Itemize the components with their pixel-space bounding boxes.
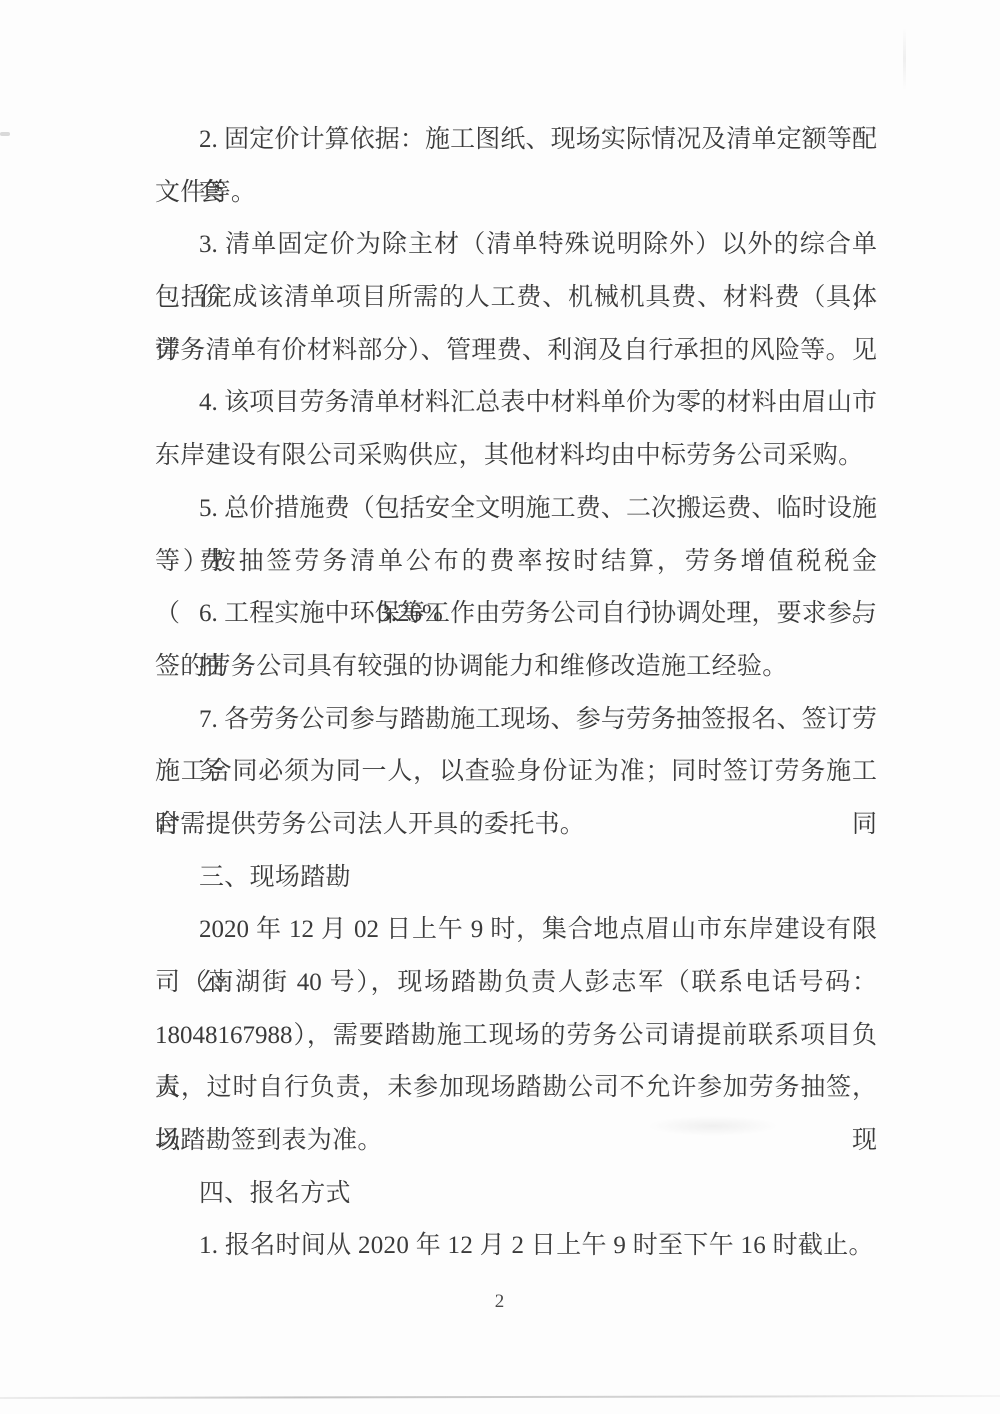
text-line: 4. 该项目劳务清单材料汇总表中材料单价为零的材料由眉山市 — [155, 377, 877, 430]
scan-edge-line — [0, 1395, 1000, 1399]
text-line: 7. 各劳务公司参与踏勘施工现场、参与劳务抽签报名、签订劳务 — [155, 694, 877, 747]
scan-smudge — [0, 132, 10, 136]
text-line: 施工合同必须为同一人，以查验身份证为准；同时签订劳务施工合同 — [155, 746, 877, 799]
text-line: 18048167988），需要踏勘施工现场的劳务公司请提前联系项目负责 — [155, 1010, 877, 1063]
text-line: 2. 固定价计算依据：施工图纸、现场实际情况及清单定额等配套 — [155, 114, 877, 167]
scan-smudge — [903, 28, 906, 90]
text-line: 1. 报名时间从 2020 年 12 月 2 日上午 9 时至下午 16 时截止… — [155, 1220, 877, 1273]
text-line: 东岸建设有限公司采购供应，其他材料均由中标劳务公司采购。 — [155, 430, 877, 483]
page-number: 2 — [0, 1291, 1000, 1313]
text-line: 三、现场踏勘 — [155, 852, 877, 905]
text-line: 等）按抽签劳务清单公布的费率按时结算，劳务增值税税金（3.26%）。 — [155, 536, 877, 589]
text-line: 2020 年 12 月 02 日上午 9 时，集合地点眉山市东岸建设有限公 — [155, 904, 877, 957]
scan-smudge — [648, 1116, 778, 1136]
text-line: 5. 总价措施费（包括安全文明施工费、二次搬运费、临时设施费 — [155, 483, 877, 536]
text-line: 6. 工程实施中环保等工作由劳务公司自行协调处理，要求参与抽 — [155, 588, 877, 641]
text-line: 司（南湖街 40 号），现场踏勘负责人彭志军（联系电话号码： — [155, 957, 877, 1010]
text-line: 包括完成该清单项目所需的人工费、机械机具费、材料费（具体详见 — [155, 272, 877, 325]
document-body: 2. 固定价计算依据：施工图纸、现场实际情况及清单定额等配套文件等。3. 清单固… — [155, 114, 877, 1273]
text-line: 3. 清单固定价为除主材（清单特殊说明除外）以外的综合单价， — [155, 219, 877, 272]
text-line: 文件等。 — [155, 167, 877, 220]
text-line: 劳务清单有价材料部分）、管理费、利润及自行承担的风险等。 — [155, 325, 877, 378]
text-line: 签的劳务公司具有较强的协调能力和维修改造施工经验。 — [155, 641, 877, 694]
scanned-document-page: 2. 固定价计算依据：施工图纸、现场实际情况及清单定额等配套文件等。3. 清单固… — [0, 0, 1000, 1414]
text-line: 人，过时自行负责，未参加现场踏勘公司不允许参加劳务抽签，以现 — [155, 1062, 877, 1115]
text-line: 四、报名方式 — [155, 1168, 877, 1221]
